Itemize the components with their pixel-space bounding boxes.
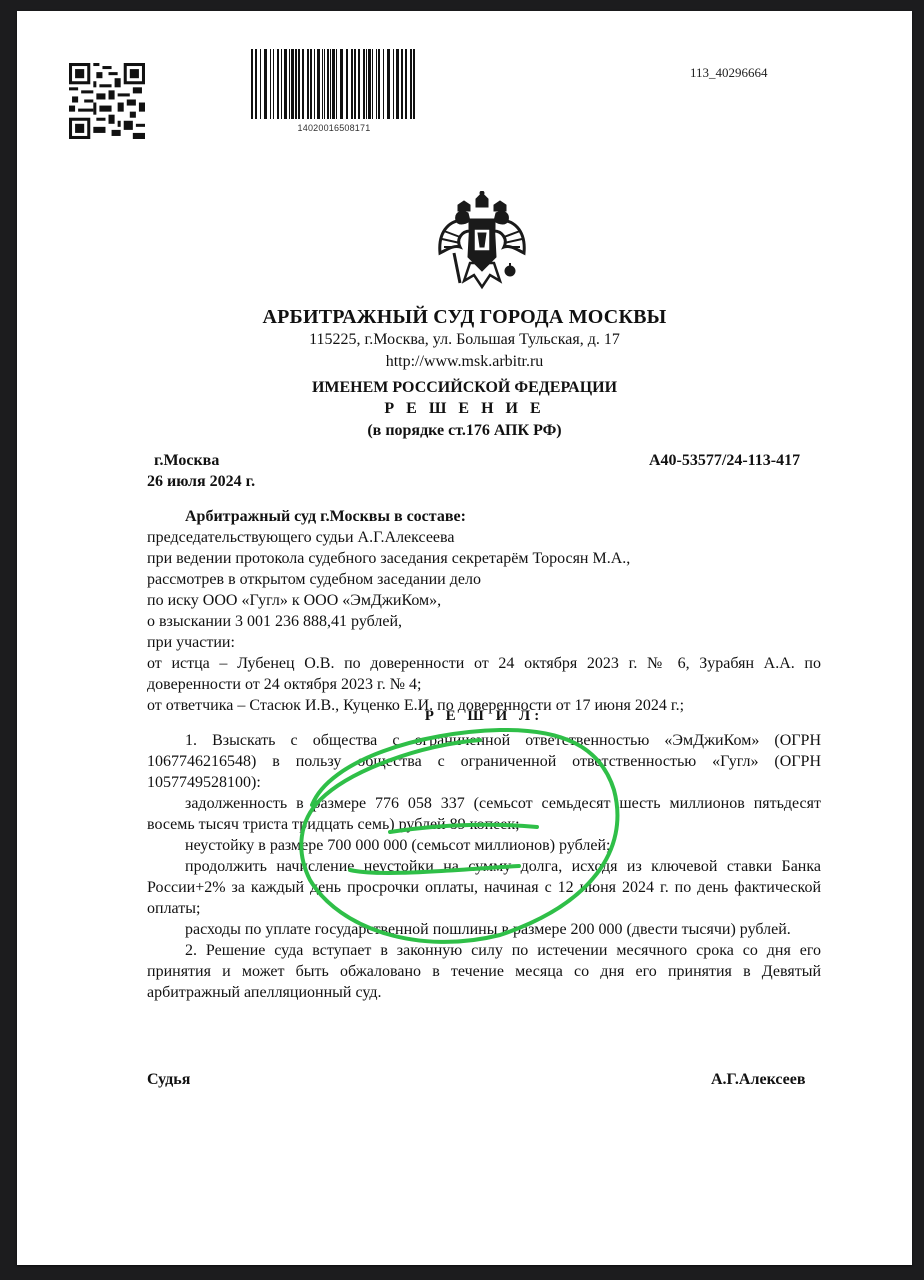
case-number: А40-53577/24-113-417	[649, 452, 800, 470]
barcode-number: 14020016508171	[249, 123, 419, 133]
composition-line: рассмотрев в открытом судебном заседании…	[147, 569, 821, 590]
document-page: 14020016508171 113_40296664	[17, 11, 912, 1265]
decision-title: Р Е Ш Е Н И Е	[17, 400, 912, 418]
court-address: 115225, г.Москва, ул. Большая Тульская, …	[17, 331, 912, 349]
ruling-item: неустойку в размере 700 000 000 (семьсот…	[147, 835, 821, 856]
ruling-item: 1. Взыскать с общества с ограниченной от…	[147, 730, 821, 793]
composition-line: председательствующего судьи А.Г.Алексеев…	[147, 527, 821, 548]
document-id: 113_40296664	[690, 65, 768, 81]
composition-line: от истца – Лубенец О.В. по доверенности …	[147, 653, 821, 695]
ruling-item: расходы по уплате государственной пошлин…	[147, 919, 821, 940]
composition-line: при участии:	[147, 632, 821, 653]
court-composition: Арбитражный суд г.Москвы в составе: пред…	[147, 506, 821, 716]
ruling-item: 2. Решение суда вступает в законную силу…	[147, 940, 821, 1003]
decision-date: 26 июля 2024 г.	[147, 473, 255, 491]
composition-line: о взыскании 3 001 236 888,41 рублей,	[147, 611, 821, 632]
composition-line: по иску ООО «Гугл» к ООО «ЭмДжиКом»,	[147, 590, 821, 611]
qr-code-icon	[69, 63, 145, 139]
procedure-note: (в порядке ст.176 АПК РФ)	[17, 422, 912, 440]
city: г.Москва	[154, 452, 219, 470]
judge-label: Судья	[147, 1071, 190, 1089]
composition-line: при ведении протокола судебного заседани…	[147, 548, 821, 569]
court-name: АРБИТРАЖНЫЙ СУД ГОРОДА МОСКВЫ	[17, 306, 912, 329]
court-url: http://www.msk.arbitr.ru	[17, 353, 912, 371]
judge-name: А.Г.Алексеев	[711, 1071, 806, 1089]
resolved-heading: Р Е Ш И Л:	[147, 708, 821, 725]
barcode-icon	[249, 49, 419, 119]
ruling-item: задолженность в размере 776 058 337 (сем…	[147, 793, 821, 835]
rulings: 1. Взыскать с общества с ограниченной от…	[147, 730, 821, 1003]
composition-heading: Арбитражный суд г.Москвы в составе:	[147, 506, 821, 527]
russian-coat-of-arms-icon	[430, 191, 534, 291]
in-the-name-heading: ИМЕНЕМ РОССИЙСКОЙ ФЕДЕРАЦИИ	[17, 379, 912, 397]
ruling-item: продолжить начисление неустойки на сумму…	[147, 856, 821, 919]
